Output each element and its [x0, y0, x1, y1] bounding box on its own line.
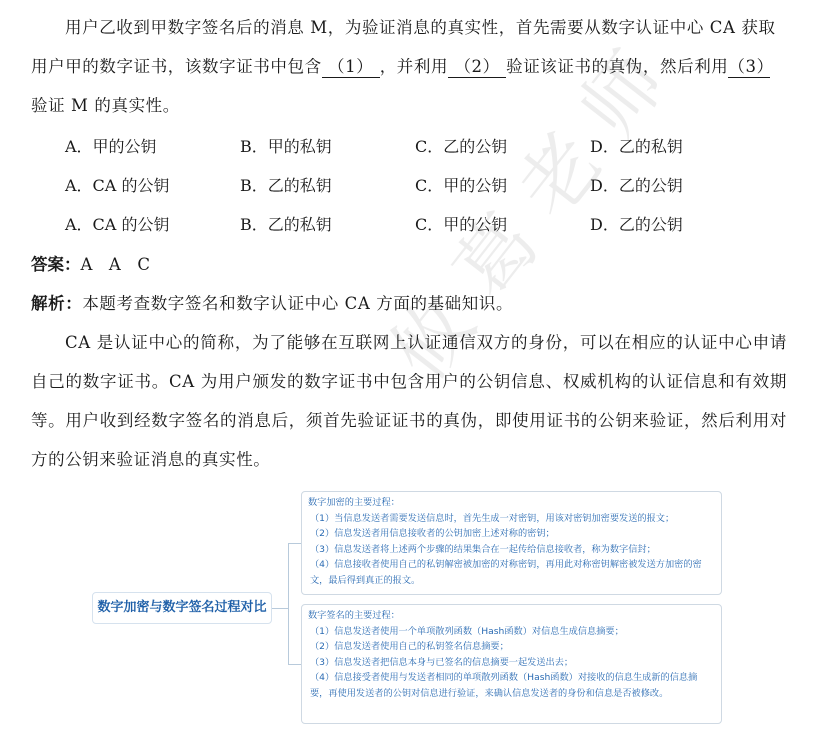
analysis-section: 解析：本题考查数字签名和数字认证中心 CA 方面的基础知识。 CA 是认证中心的…: [31, 284, 787, 479]
question-text: 用户甲的数字证书，该数字证书中包含: [31, 57, 322, 76]
option-row-3: A．CA 的公钥 B．乙的私钥 C．甲的公钥 D．乙的公钥: [65, 205, 785, 244]
encryption-process-node: 数字加密的主要过程： （1）当信息发送者需要发送信息时，首先生成一对密钥，用该对…: [301, 491, 722, 595]
answer-value: A A C: [81, 255, 150, 274]
analysis-body: CA 是认证中心的简称，为了能够在互联网上认证通信双方的身份，可以在相应的认证中…: [31, 323, 787, 479]
option-d: D．乙的公钥: [590, 166, 683, 205]
answer-label: 答案：: [31, 255, 81, 274]
signature-title: 数字签名的主要过程：: [308, 608, 715, 624]
encryption-step: （2）信息发送者用信息接收者的公钥加密上述对称的密钥；: [308, 526, 715, 542]
encryption-step: （1）当信息发送者需要发送信息时，首先生成一对密钥，用该对密钥加密要发送的报文；: [308, 511, 715, 527]
option-d: D．乙的公钥: [590, 205, 683, 244]
connector: [288, 543, 301, 544]
blank-2: （2）: [448, 57, 506, 78]
options-list: A．甲的公钥 B．甲的私钥 C．乙的公钥 D．乙的私钥 A．CA 的公钥 B．乙…: [65, 127, 785, 244]
option-row-2: A．CA 的公钥 B．乙的私钥 C．甲的公钥 D．乙的公钥: [65, 166, 785, 205]
blank-3: （3）: [728, 57, 770, 78]
encryption-title: 数字加密的主要过程：: [308, 495, 715, 511]
blank-1: （1）: [322, 57, 380, 78]
question-line-2: 用户甲的数字证书，该数字证书中包含（1），并利用（2）验证该证书的真伪，然后利用…: [31, 47, 787, 86]
connector: [288, 664, 301, 665]
option-c: C．甲的公钥: [415, 166, 507, 205]
question-text: 验证该证书的真伪，然后利用: [506, 57, 728, 76]
option-c: C．乙的公钥: [415, 127, 507, 166]
option-b: B．乙的私钥: [240, 205, 332, 244]
answer-line: 答案：A A C: [31, 245, 150, 284]
option-row-1: A．甲的公钥 B．甲的私钥 C．乙的公钥 D．乙的私钥: [65, 127, 785, 166]
analysis-intro-line: 解析：本题考查数字签名和数字认证中心 CA 方面的基础知识。: [31, 284, 787, 323]
mindmap-root-node: 数字加密与数字签名过程对比: [92, 592, 272, 624]
option-d: D．乙的私钥: [590, 127, 683, 166]
question-line-1: 用户乙收到甲数字签名后的消息 M，为验证消息的真实性，首先需要从数字认证中心 C…: [31, 8, 787, 47]
question-stem: 用户乙收到甲数字签名后的消息 M，为验证消息的真实性，首先需要从数字认证中心 C…: [31, 8, 787, 125]
encryption-step: （4）信息接收者使用自己的私钥解密被加密的对称密钥，再用此对称密钥解密被发送方加…: [308, 557, 715, 588]
signature-step: （2）信息发送者使用自己的私钥签名信息摘要；: [308, 639, 715, 655]
option-a: A．CA 的公钥: [65, 166, 169, 205]
option-a: A．甲的公钥: [65, 127, 157, 166]
connector: [272, 608, 288, 609]
signature-process-node: 数字签名的主要过程： （1）信息发送者使用一个单项散列函数（Hash函数）对信息…: [301, 604, 722, 724]
question-line-3: 验证 M 的真实性。: [31, 86, 787, 125]
option-b: B．甲的私钥: [240, 127, 332, 166]
option-a: A．CA 的公钥: [65, 205, 169, 244]
signature-step: （3）信息发送者把信息本身与已签名的信息摘要一起发送出去；: [308, 655, 715, 671]
option-b: B．乙的私钥: [240, 166, 332, 205]
connector: [288, 543, 289, 665]
signature-step: （4）信息接受者使用与发送者相同的单项散列函数（Hash函数）对接收的信息生成新…: [308, 670, 715, 701]
question-text: ，并利用: [380, 57, 448, 76]
analysis-label: 解析：: [31, 294, 82, 313]
signature-step: （1）信息发送者使用一个单项散列函数（Hash函数）对信息生成信息摘要；: [308, 624, 715, 640]
analysis-intro: 本题考查数字签名和数字认证中心 CA 方面的基础知识。: [82, 294, 513, 313]
option-c: C．甲的公钥: [415, 205, 507, 244]
encryption-step: （3）信息发送者将上述两个步骤的结果集合在一起传给信息接收者，称为数字信封；: [308, 542, 715, 558]
